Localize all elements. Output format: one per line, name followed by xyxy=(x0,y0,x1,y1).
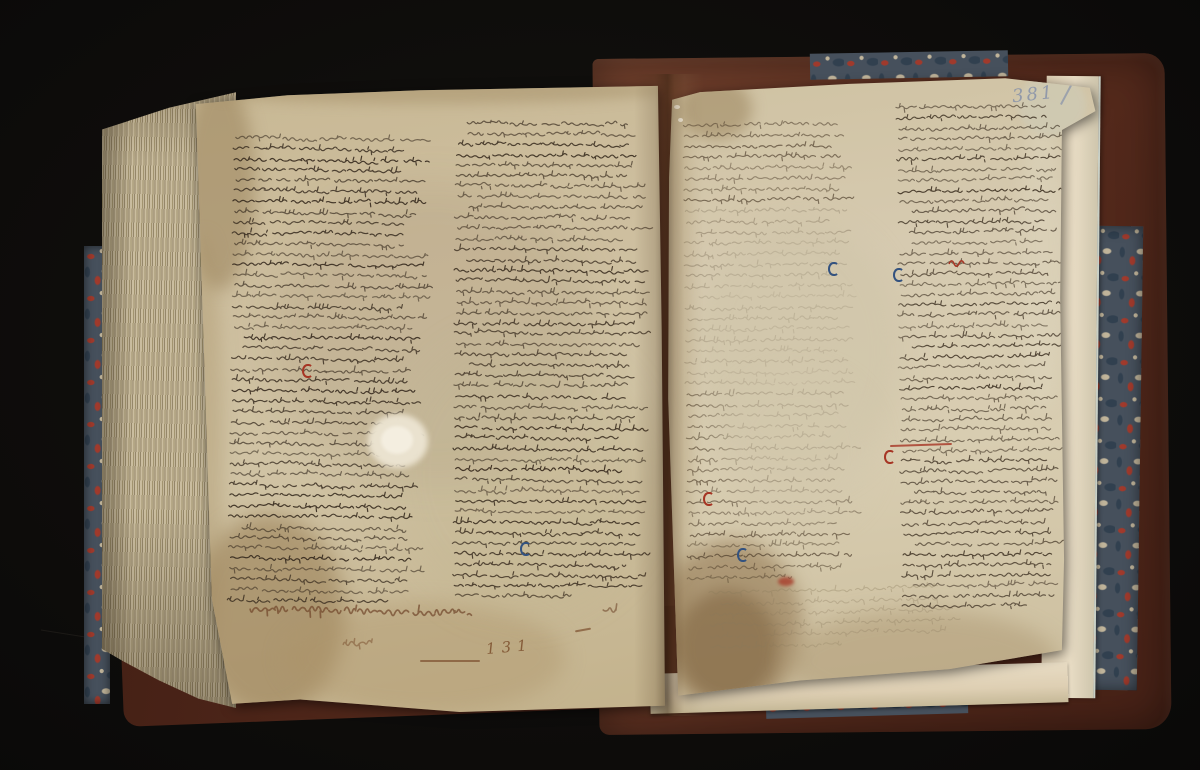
gutter-shadow xyxy=(634,74,704,716)
rubric-pilcrow-mark xyxy=(893,268,904,282)
rubric-pilcrow-mark xyxy=(737,548,748,562)
right-page: 381 xyxy=(666,70,1102,702)
rubric-pilcrow-mark xyxy=(703,492,714,506)
rubric-wave-mark xyxy=(948,258,968,268)
rubric-pilcrow-mark xyxy=(884,450,895,464)
annotation-dash xyxy=(420,660,480,662)
marble-endpaper-top xyxy=(810,50,1008,79)
rubric-pilcrow-mark xyxy=(520,542,531,556)
rubric-pilcrow-mark xyxy=(828,262,839,276)
rubric-blot-mark xyxy=(778,577,794,586)
manuscript-photo: 131 381 xyxy=(0,0,1200,770)
folio-number-annotation: 381 xyxy=(1011,82,1056,107)
rubric-rule-mark xyxy=(890,443,952,447)
rubric-pilcrow-mark xyxy=(302,364,313,378)
right-page-marks-layer xyxy=(666,70,1102,702)
left-page-marks-layer xyxy=(193,84,665,712)
left-page: 131 xyxy=(193,84,665,712)
